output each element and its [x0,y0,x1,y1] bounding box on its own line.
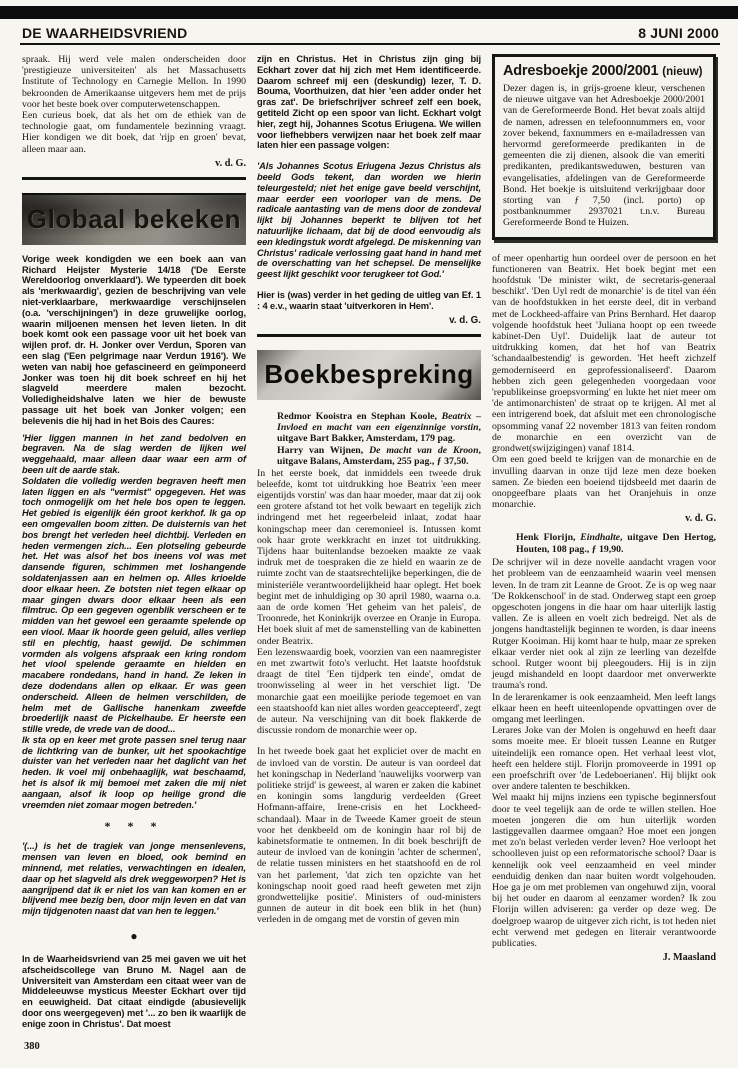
quoted-passage: Ik sta op en keer met grote passen snel … [22,735,246,811]
article-paragraph: Vorige week kondigden we een boek aan va… [22,254,246,427]
issue-date: 8 JUNI 2000 [638,25,719,41]
asterisk-separator: * * * [22,819,246,834]
review-paragraph: In het eerste boek, dat inmiddels een tw… [257,468,481,647]
quoted-passage: 'Hier liggen mannen in het zand bedolven… [22,433,246,476]
article-paragraph: In de Waarheidsvriend van 25 mei gaven w… [22,954,246,1030]
author-initials: v. d. G. [22,158,246,169]
book-reference: Harry van Wijnen, De macht van de Kroon,… [277,445,481,468]
section-divider [22,177,246,180]
publication-title: DE WAARHEIDSVRIEND [22,25,187,41]
review-paragraph: Wel maakt hij mijns inziens een typische… [492,792,716,949]
adresboekje-notice-box: Adresboekje 2000/2001 (nieuw) Dezer dage… [492,54,716,240]
review-paragraph: Lerares Joke van der Molen is ongehuwd e… [492,725,716,792]
notice-title: Adresboekje 2000/2001 (nieuw) [503,63,705,79]
notice-title-main: Adresboekje 2000/2001 [503,63,658,79]
header-rule [20,43,720,45]
book-reference: Henk Florijn, Eindhalte, uitgave Den Her… [516,532,716,555]
column-left: spraak. Hij werd vele malen onderscheide… [22,54,246,1030]
article-paragraph: Hier is (was) verder in het geding de ui… [257,290,481,312]
section-banner-globaal-bekeken: Globaal bekeken [22,193,246,245]
book-title: De macht van de Kroon [369,445,478,456]
reviewer-name: J. Maasland [492,952,716,963]
column-right: Adresboekje 2000/2001 (nieuw) Dezer dage… [492,54,716,1030]
page-number: 380 [24,1041,40,1052]
notice-title-suffix: (nieuw) [662,66,702,78]
book-reference: Redmor Kooistra en Stephan Koole, Beatri… [277,411,481,445]
section-banner-boekbespreking: Boekbespreking [257,350,481,400]
article-paragraph: zijn en Christus. Het in Christus zijn g… [257,54,481,151]
review-paragraph: Een lezenswaardig boek, voorzien van een… [257,647,481,737]
magazine-page: DE WAARHEIDSVRIEND 8 JUNI 2000 spraak. H… [0,0,738,1068]
banner-title: Boekbespreking [264,359,473,390]
book-title: Eindhalte [580,532,620,543]
top-black-bar [0,6,738,19]
review-paragraph: In de lerarenkamer is ook eenzaamheid. M… [492,692,716,726]
section-divider [257,334,481,337]
article-columns: spraak. Hij werd vele malen onderscheide… [22,54,716,1030]
notice-body: Dezer dagen is, in grijs-groene kleur, v… [503,83,705,229]
quoted-passage: Soldaten die volledig werden begraven he… [22,476,246,735]
dot-separator: ● [22,929,246,944]
author-initials: v. d. G. [492,513,716,524]
column-middle: zijn en Christus. Het in Christus zijn g… [257,54,481,1030]
article-paragraph: Een curieus boek, dat als het om de ethi… [22,110,246,155]
review-paragraph: Om een goed beeld te krijgen van de mona… [492,454,716,510]
review-paragraph: of meer openhartig hun oordeel over de p… [492,253,716,455]
article-paragraph: spraak. Hij werd vele malen onderscheide… [22,54,246,110]
quoted-passage: '(...) is het de tragiek van jonge mense… [22,841,246,917]
book-authors: Redmor Kooistra en Stephan Koole, [277,411,442,422]
banner-title: Globaal bekeken [27,204,241,235]
page-header: DE WAARHEIDSVRIEND 8 JUNI 2000 [22,25,719,41]
author-initials: v. d. G. [257,315,481,326]
review-paragraph: In het tweede boek gaat het expliciet ov… [257,746,481,925]
book-authors: Harry van Wijnen, [277,445,369,456]
book-authors: Henk Florijn, [516,532,580,543]
quoted-passage: 'Als Johannes Scotus Eriugena Jezus Chri… [257,161,481,280]
review-paragraph: De schrijver wil in deze novelle aandach… [492,557,716,691]
